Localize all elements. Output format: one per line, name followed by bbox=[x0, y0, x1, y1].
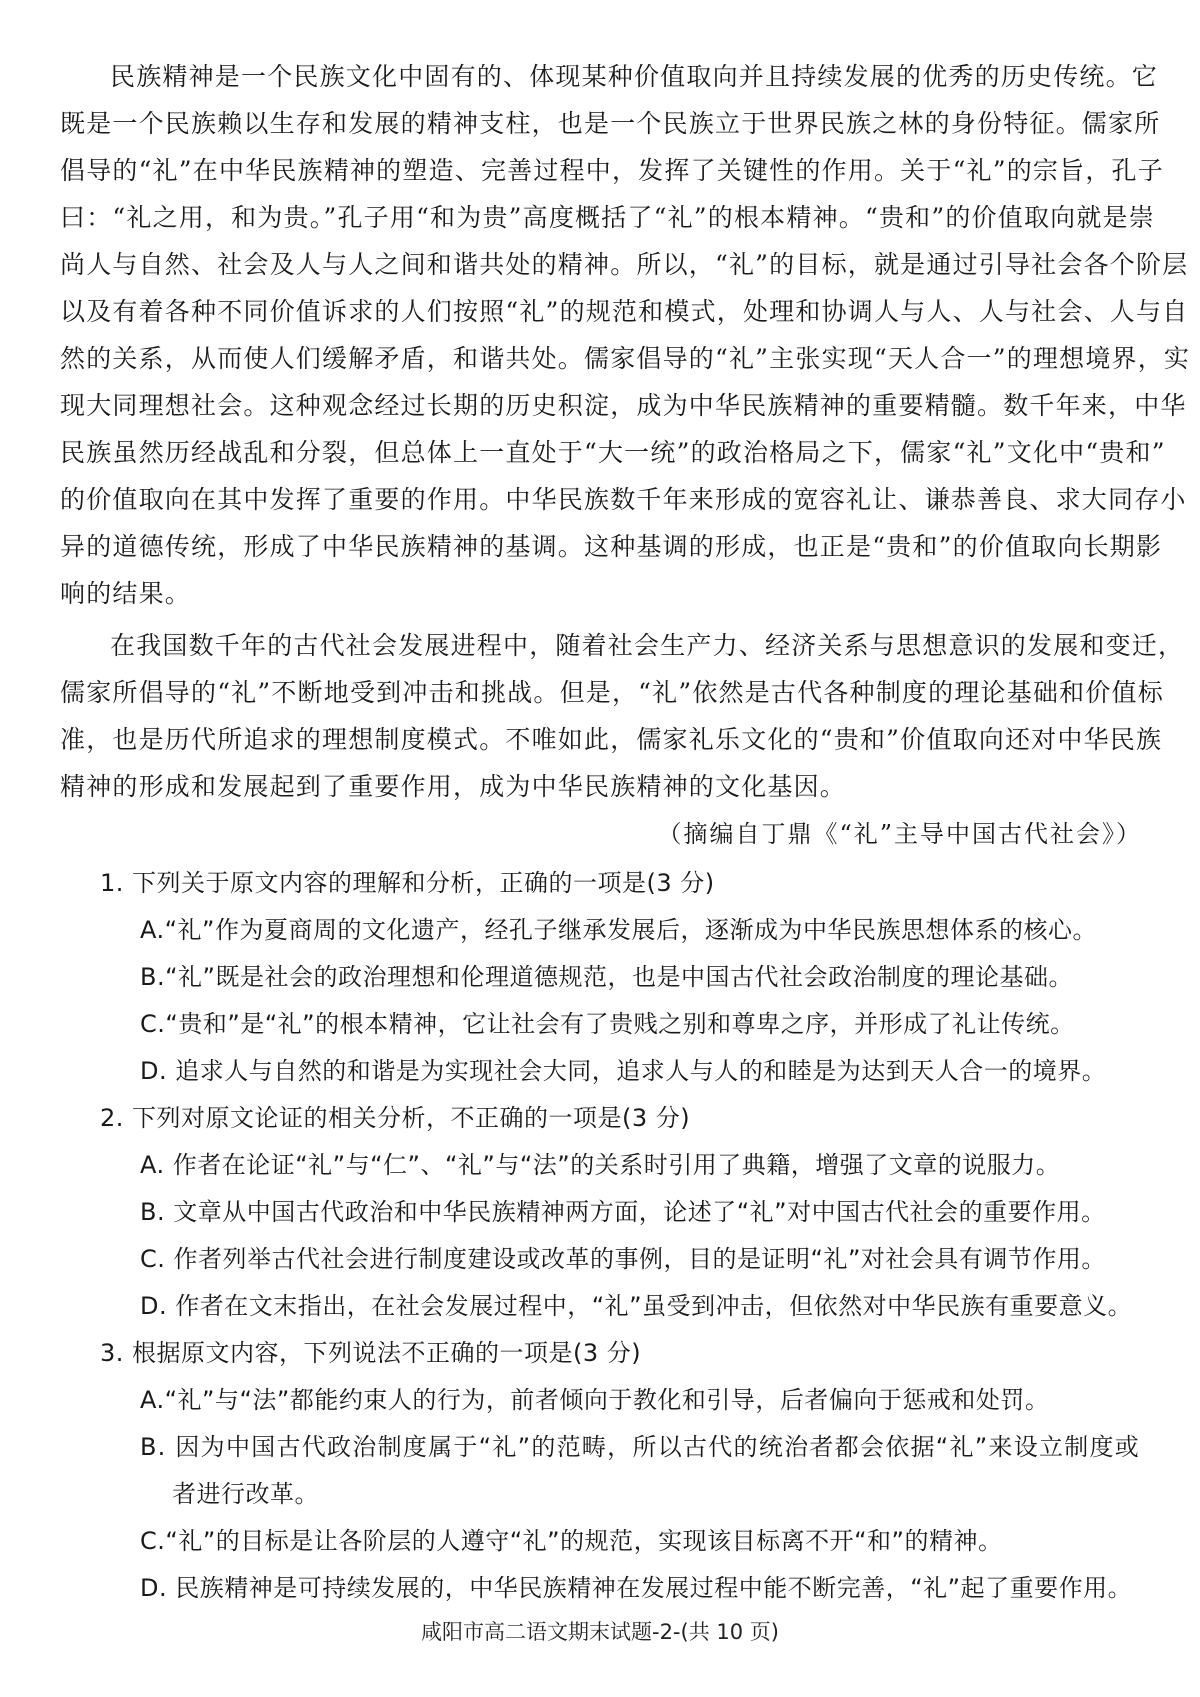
question-stem: 2. 下列对原文论证的相关分析，不正确的一项是(3 分) bbox=[100, 1101, 690, 1135]
passage-line: 以及有着各种不同价值诉求的人们按照“礼”的规范和模式，处理和协调人与人、人与社会… bbox=[60, 295, 1140, 329]
passage-line: 曰：“礼之用，和为贵。”孔子用“和为贵”高度概括了“礼”的根本精神。“贵和”的价… bbox=[60, 201, 1140, 235]
question-option: C. 作者列举古代社会进行制度建设或改革的事例，目的是证明“礼”对社会具有调节作… bbox=[140, 1242, 1106, 1276]
passage-line: 倡导的“礼”在中华民族精神的塑造、完善过程中，发挥了关键性的作用。关于“礼”的宗… bbox=[60, 154, 1140, 188]
question-option: B.“礼”既是社会的政治理想和伦理道德规范，也是中国古代社会政治制度的理论基础。 bbox=[140, 960, 1073, 994]
question-option: A. 作者在论证“礼”与“仁”、“礼”与“法”的关系时引用了典籍，增强了文章的说… bbox=[140, 1148, 1060, 1182]
passage-source: （摘编自丁鼎《“礼”主导中国古代社会》） bbox=[657, 817, 1142, 851]
passage-line: 在我国数千年的古代社会发展进程中，随着社会生产力、经济关系与思想意识的发展和变迁… bbox=[110, 629, 1140, 663]
question-option: A.“礼”与“法”都能约束人的行为，前者倾向于教化和引导，后者偏向于惩戒和处罚。 bbox=[140, 1383, 1049, 1417]
question-stem: 3. 根据原文内容，下列说法不正确的一项是(3 分) bbox=[100, 1336, 641, 1370]
passage-line: 响的结果。 bbox=[60, 577, 191, 611]
passage-line: 儒家所倡导的“礼”不断地受到冲击和挑战。但是，“礼”依然是古代各种制度的理论基础… bbox=[60, 676, 1140, 710]
passage-line: 然的关系，从而使人们缓解矛盾，和谐共处。儒家倡导的“礼”主张实现“天人合一”的理… bbox=[60, 342, 1140, 376]
question-stem: 1. 下列关于原文内容的理解和分析，正确的一项是(3 分) bbox=[100, 866, 715, 900]
passage-line: 现大同理想社会。这种观念经过长期的历史积淀，成为中华民族精神的重要精髓。数千年来… bbox=[60, 389, 1140, 423]
exam-page: 民族精神是一个民族文化中固有的、体现某种价值取向并且持续发展的优秀的历史传统。它… bbox=[0, 0, 1200, 1697]
question-option: D. 追求人与自然的和谐是为实现社会大同，追求人与人的和睦是为达到天人合一的境界… bbox=[140, 1054, 1106, 1088]
passage-line: 民族精神是一个民族文化中固有的、体现某种价值取向并且持续发展的优秀的历史传统。它 bbox=[110, 60, 1140, 94]
question-option: B. 文章从中国古代政治和中华民族精神两方面，论述了“礼”对中国古代社会的重要作… bbox=[140, 1195, 1106, 1229]
passage-line: 精神的形成和发展起到了重要作用，成为中华民族精神的文化基因。 bbox=[60, 770, 846, 804]
passage-line: 尚人与自然、社会及人与人之间和谐共处的精神。所以，“礼”的目标，就是通过引导社会… bbox=[60, 248, 1140, 282]
question-option: C.“贵和”是“礼”的根本精神，它让社会有了贵贱之别和尊卑之序，并形成了礼让传统… bbox=[140, 1007, 1075, 1041]
passage-line: 既是一个民族赖以生存和发展的精神支柱，也是一个民族立于世界民族之林的身份特征。儒… bbox=[60, 107, 1140, 141]
question-option: C.“礼”的目标是让各阶层的人遵守“礼”的规范，实现该目标离不开“和”的精神。 bbox=[140, 1524, 1003, 1558]
passage-line: 准，也是历代所追求的理想制度模式。不唯如此，儒家礼乐文化的“贵和”价值取向还对中… bbox=[60, 723, 1140, 757]
question-option: B. 因为中国古代政治制度属于“礼”的范畴，所以古代的统治者都会依据“礼”来设立… bbox=[140, 1430, 1140, 1464]
passage-line: 的价值取向在其中发挥了重要的作用。中华民族数千年来形成的宽容礼让、谦恭善良、求大… bbox=[60, 483, 1140, 517]
question-option: D. 民族精神是可持续发展的，中华民族精神在发展过程中能不断完善，“礼”起了重要… bbox=[140, 1571, 1132, 1605]
page-footer: 咸阳市高二语文期末试题-2-(共 10 页) bbox=[0, 1616, 1200, 1646]
passage-line: 民族虽然历经战乱和分裂，但总体上一直处于“大一统”的政治格局之下，儒家“礼”文化… bbox=[60, 436, 1140, 470]
passage-line: 异的道德传统，形成了中华民族精神的基调。这种基调的形成，也正是“贵和”的价值取向… bbox=[60, 530, 1140, 564]
question-option-continuation: 者进行改革。 bbox=[172, 1477, 319, 1511]
question-option: A.“礼”作为夏商周的文化遗产，经孔子继承发展后，逐渐成为中华民族思想体系的核心… bbox=[140, 913, 1097, 947]
question-option: D. 作者在文末指出，在社会发展过程中，“礼”虽受到冲击，但依然对中华民族有重要… bbox=[140, 1289, 1132, 1323]
